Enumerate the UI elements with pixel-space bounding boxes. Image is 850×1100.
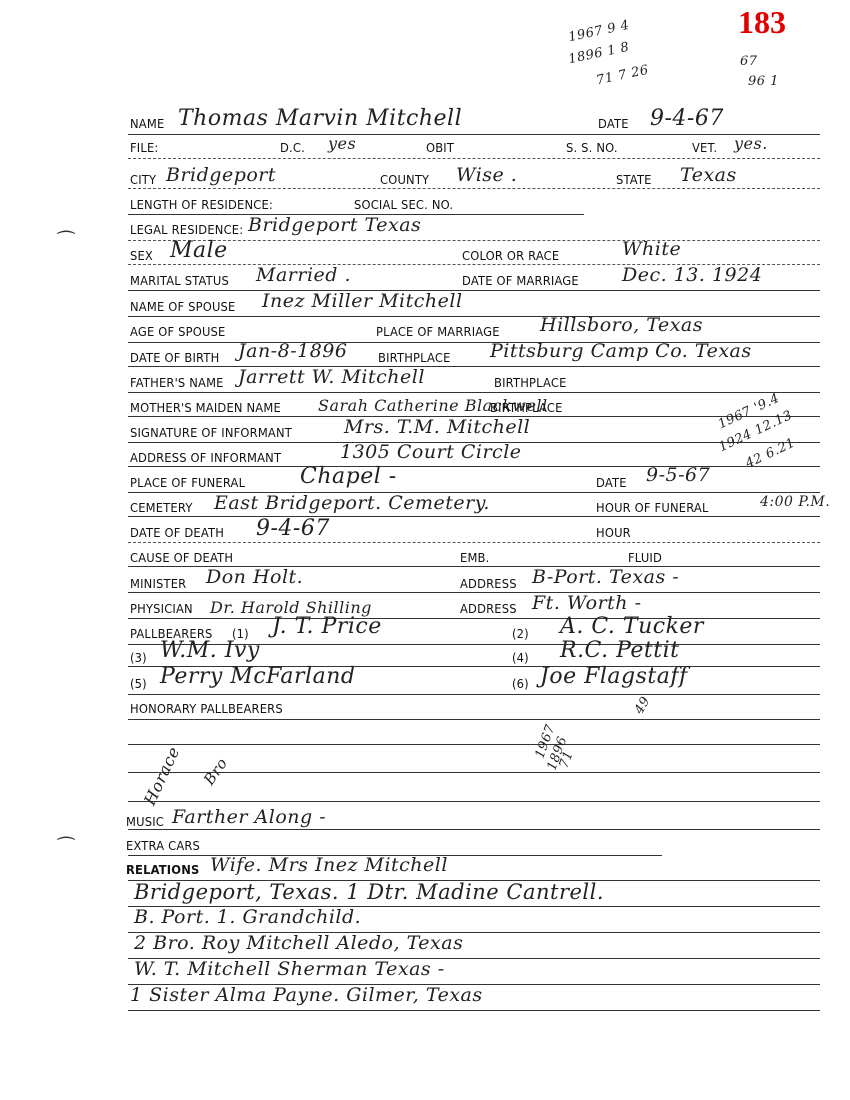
name-value: Thomas Marvin Mitchell	[178, 106, 462, 131]
date-of-marriage-value: Dec. 13. 1924	[622, 264, 762, 286]
relations-line-4: 2 Bro. Roy Mitchell Aledo, Texas	[134, 932, 463, 954]
minister-value: Don Holt.	[206, 566, 303, 588]
hour-of-funeral-value: 4:00 P.M.	[760, 494, 830, 510]
relations-line-5: W. T. Mitchell Sherman Texas -	[134, 958, 445, 980]
length-of-residence-label: LENGTH OF RESIDENCE:	[130, 197, 273, 212]
sex-label: SEX	[130, 248, 153, 263]
dc-label: D.C.	[280, 140, 305, 155]
page-number: 183	[738, 4, 786, 41]
color-or-race-label: COLOR OR RACE	[462, 248, 559, 263]
address-of-informant-label: ADDRESS OF INFORMANT	[130, 450, 281, 465]
physician-address-label: ADDRESS	[460, 601, 517, 616]
minister-address-value: B-Port. Texas -	[532, 566, 679, 588]
pallbearer-2-num: (2)	[512, 626, 529, 641]
fluid-label: FLUID	[628, 550, 662, 565]
date-of-death-value: 9-4-67	[256, 516, 330, 541]
pallbearer-5-name: Perry McFarland	[160, 664, 355, 689]
pallbearer-3-num: (3)	[130, 650, 147, 665]
relations-line-1: Wife. Mrs Inez Mitchell	[210, 854, 448, 876]
minister-label: MINISTER	[130, 576, 186, 591]
birthplace-value: Pittsburg Camp Co. Texas	[490, 340, 752, 362]
pallbearer-6-num: (6)	[512, 676, 529, 691]
relations-line-6: 1 Sister Alma Payne. Gilmer, Texas	[130, 984, 483, 1006]
physician-address-value: Ft. Worth -	[532, 592, 642, 614]
name-of-spouse-label: NAME OF SPOUSE	[130, 299, 235, 314]
place-of-funeral-value: Chapel -	[300, 464, 397, 489]
date-of-death-label: DATE OF DEATH	[130, 525, 224, 540]
sex-value: Male	[170, 238, 228, 263]
pallbearer-4-num: (4)	[512, 650, 529, 665]
county-value: Wise .	[456, 164, 517, 186]
annotation-pallbearer-note: 49	[632, 694, 654, 717]
minister-address-label: ADDRESS	[460, 576, 517, 591]
signature-of-informant-value: Mrs. T.M. Mitchell	[344, 416, 530, 438]
ss-no-label: S. S. NO.	[566, 140, 618, 155]
margin-mark: ⁀	[58, 230, 74, 254]
physician-label: PHYSICIAN	[130, 601, 193, 616]
pallbearer-6-name: Joe Flagstaff	[540, 664, 688, 689]
margin-mark: ⁀	[58, 836, 74, 860]
pallbearer-2-name: A. C. Tucker	[560, 614, 704, 639]
mothers-maiden-name-label: MOTHER'S MAIDEN NAME	[130, 400, 281, 415]
place-of-marriage-value: Hillsboro, Texas	[540, 314, 703, 336]
relations-label: RELATIONS	[126, 862, 200, 877]
annotation-top-right-1: 67	[740, 54, 758, 69]
address-of-informant-value: 1305 Court Circle	[340, 441, 522, 463]
hour-label: HOUR	[596, 525, 631, 540]
social-sec-no-label: SOCIAL SEC. NO.	[354, 197, 453, 212]
pallbearer-3-name: W.M. Ivy	[160, 638, 260, 663]
pallbearer-5-num: (5)	[130, 676, 147, 691]
hour-of-funeral-label: HOUR OF FUNERAL	[596, 500, 709, 515]
vet-label: VET.	[692, 140, 717, 155]
date-value: 9-4-67	[650, 106, 724, 131]
color-or-race-value: White	[622, 238, 681, 260]
cemetery-value: East Bridgeport. Cemetery.	[214, 492, 490, 514]
annotation-left-note-1: Horace	[140, 744, 184, 808]
signature-of-informant-label: SIGNATURE OF INFORMANT	[130, 425, 292, 440]
honorary-pallbearers-label: HONORARY PALLBEARERS	[130, 701, 283, 716]
date-of-birth-value: Jan-8-1896	[238, 340, 347, 362]
vet-value: yes.	[734, 134, 768, 153]
fathers-name-value: Jarrett W. Mitchell	[238, 366, 425, 388]
annotation-top-right-2: 96 1	[748, 74, 779, 89]
name-label: NAME	[130, 116, 164, 131]
date-label: DATE	[598, 116, 629, 131]
date-of-birth-label: DATE OF BIRTH	[130, 350, 219, 365]
file-label: FILE:	[130, 140, 158, 155]
birthplace-label: BIRTHPLACE	[378, 350, 451, 365]
state-value: Texas	[680, 164, 737, 186]
pallbearer-1-name: J. T. Price	[272, 614, 382, 639]
annotation-left-note-2: Bro	[200, 754, 231, 788]
music-label: MUSIC	[126, 814, 164, 829]
legal-residence-value: Bridgeport Texas	[248, 214, 421, 236]
place-of-funeral-label: PLACE OF FUNERAL	[130, 475, 245, 490]
marital-status-label: MARITAL STATUS	[130, 273, 229, 288]
annotation-top-calc-3: 71 7 26	[595, 63, 650, 89]
fathers-name-label: FATHER'S NAME	[130, 375, 224, 390]
extra-cars-label: EXTRA CARS	[126, 838, 200, 853]
relations-line-2: Bridgeport, Texas. 1 Dtr. Madine Cantrel…	[134, 880, 604, 904]
mother-birthplace-label: BIRTHPLACE	[490, 400, 563, 415]
cemetery-label: CEMETERY	[130, 500, 193, 515]
father-birthplace-label: BIRTHPLACE	[494, 375, 567, 390]
city-value: Bridgeport	[166, 164, 276, 186]
state-label: STATE	[616, 172, 652, 187]
funeral-date-label: DATE	[596, 475, 627, 490]
relations-line-3: B. Port. 1. Grandchild.	[134, 906, 361, 928]
marital-status-value: Married .	[256, 264, 351, 286]
music-value: Farther Along -	[172, 806, 326, 828]
legal-residence-label: LEGAL RESIDENCE:	[130, 222, 243, 237]
city-label: CITY	[130, 172, 156, 187]
dc-value: yes	[328, 134, 356, 153]
pallbearer-4-name: R.C. Pettit	[560, 638, 680, 663]
funeral-date-value: 9-5-67	[646, 464, 710, 486]
name-of-spouse-value: Inez Miller Mitchell	[262, 290, 463, 312]
county-label: COUNTY	[380, 172, 429, 187]
date-of-marriage-label: DATE OF MARRIAGE	[462, 273, 579, 288]
cause-of-death-label: CAUSE OF DEATH	[130, 550, 233, 565]
age-of-spouse-label: AGE OF SPOUSE	[130, 324, 225, 339]
place-of-marriage-label: PLACE OF MARRIAGE	[376, 324, 500, 339]
emb-label: EMB.	[460, 550, 489, 565]
obit-label: OBIT	[426, 140, 454, 155]
